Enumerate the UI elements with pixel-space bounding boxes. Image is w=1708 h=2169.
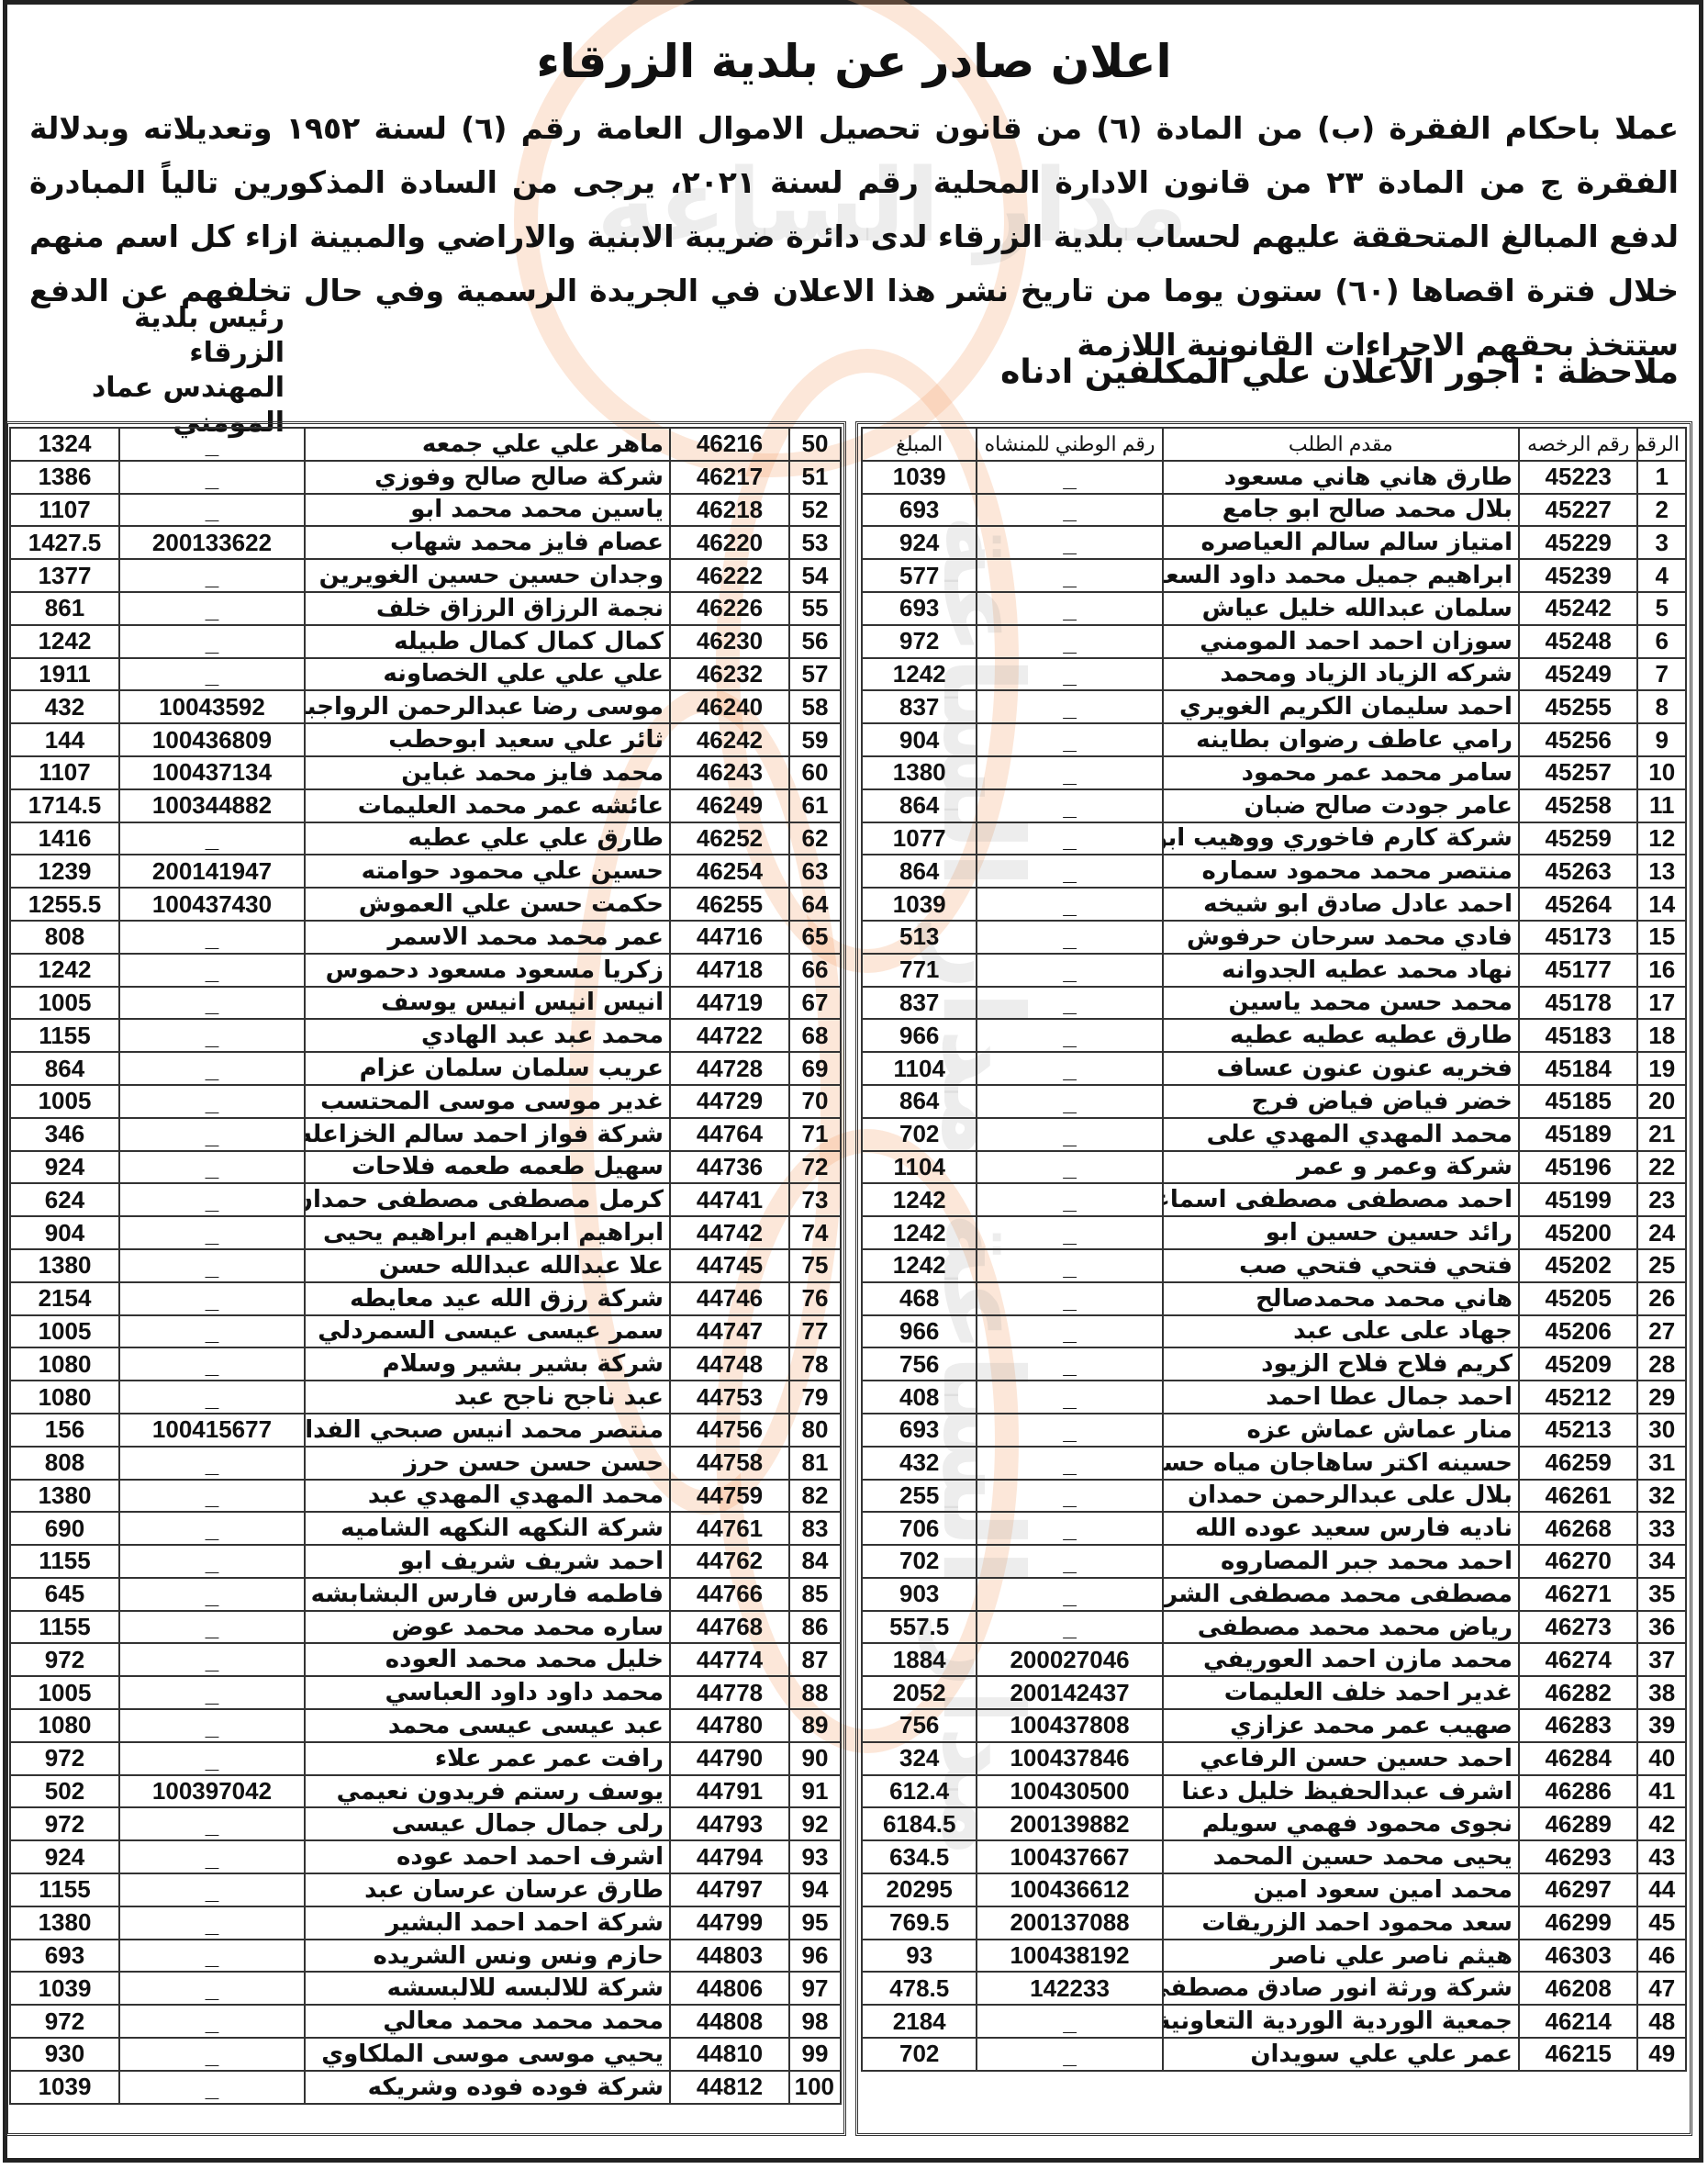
table-row: 6844722محمد عبد عبد الهادي_1155 [10,1019,841,1052]
applicant-name: شركة ورثة انور صادق مصطفى ابو ري [1163,1972,1519,2005]
national-id: _ [119,1019,305,1052]
amount: 1080 [10,1709,119,1742]
amount: 966 [862,1019,977,1052]
license-number: 46255 [670,888,789,921]
amount: 702 [862,1545,977,1578]
applicant-name: يحيي موسى موسى الملكاوي [305,2038,670,2071]
applicant-name: بلال محمد صالح ابو جامع [1163,494,1519,527]
amount: 808 [10,1447,119,1480]
row-number: 46 [1637,1940,1686,1973]
national-id: _ [977,1216,1162,1249]
note-line: ملاحظة : اجور الاعلان علي المكلفين ادناه [1000,353,1679,391]
row-number: 54 [789,559,841,592]
amount: 624 [10,1183,119,1216]
amount: 693 [862,592,977,625]
table-row: 3045213منار عماش عماش عزه_693 [862,1414,1686,1447]
table-row: 6944728عريب سلمان سلمان عزام_864 [10,1052,841,1085]
amount: 972 [10,2005,119,2038]
license-number: 46284 [1519,1742,1637,1775]
national-id: _ [977,494,1162,527]
amount: 864 [10,1052,119,1085]
row-number: 14 [1637,888,1686,921]
amount: 693 [862,1414,977,1447]
table-row: 8344761شركة النكهه النكهه الشاميه_690 [10,1512,841,1545]
amount: 1005 [10,1085,119,1118]
table-row: 945256رامي عاطف رضوان بطاينه_904 [862,723,1686,756]
amount: 432 [10,690,119,723]
national-id: _ [977,1282,1162,1315]
applicant-name: فتحي فتحي فتحي صب [1163,1249,1519,1282]
table-row: 9544799شركة احمد احمد البشير_1380 [10,1906,841,1940]
applicant-name: شركة رزق الله عيد معايطه [305,1282,670,1315]
amount: 903 [862,1578,977,1611]
amount: 756 [862,1347,977,1381]
amount: 1255.5 [10,888,119,921]
license-number: 45242 [1519,592,1637,625]
applicant-name: رامي عاطف رضوان بطاينه [1163,723,1519,756]
license-number: 46289 [1519,1807,1637,1840]
row-number: 77 [789,1315,841,1348]
applicant-name: وجدان حسين حسين الغويرين [305,559,670,592]
amount: 1080 [10,1347,119,1381]
applicant-name: طارق علي علي عطيه [305,822,670,855]
national-id: _ [119,625,305,658]
row-number: 53 [789,526,841,559]
national-id: _ [119,592,305,625]
applicant-name: حسين علي محمود حوامته [305,855,670,888]
amount: 93 [862,1940,977,1973]
applicant-name: رائد حسين حسين ابو [1163,1216,1519,1249]
license-number: 45212 [1519,1381,1637,1414]
national-id: _ [119,2038,305,2071]
amount: 1080 [10,1381,119,1414]
row-number: 86 [789,1611,841,1644]
amount: 808 [10,921,119,954]
national-id: _ [119,1347,305,1381]
applicant-name: طارق عرسان عرسان عبد [305,1873,670,1906]
applicant-name: شركة احمد احمد البشير [305,1906,670,1940]
row-number: 8 [1637,690,1686,723]
table-row: 6046243محمد فايز محمد غباين1004371341107 [10,756,841,789]
row-number: 40 [1637,1742,1686,1775]
table-row: 3346268ناديه فارس سعيد عوده الله_706 [862,1512,1686,1545]
applicant-name: عامر جودت صالح ضبان [1163,789,1519,822]
row-number: 82 [789,1480,841,1513]
row-number: 74 [789,1216,841,1249]
national-id: _ [977,987,1162,1020]
license-number: 44758 [670,1447,789,1480]
national-id: _ [119,987,305,1020]
row-number: 25 [1637,1249,1686,1282]
table-row: 8844778محمد داود داود العباسي_1005 [10,1676,841,1709]
amount: 837 [862,987,977,1020]
license-number: 46282 [1519,1676,1637,1709]
row-number: 47 [1637,1972,1686,2005]
row-number: 57 [789,658,841,691]
table-row: 1045257سامر محمد عمر محمود_1380 [862,756,1686,789]
license-number: 44778 [670,1676,789,1709]
amount: 693 [862,494,977,527]
license-number: 44748 [670,1347,789,1381]
amount: 1884 [862,1643,977,1676]
amount: 1155 [10,1545,119,1578]
applicant-name: يوسف رستم فريدون نعيمي [305,1775,670,1808]
table-row: 9344794اشرف احمد احمد عوده_924 [10,1840,841,1873]
national-id: _ [119,822,305,855]
amount: 1714.5 [10,789,119,822]
table-row: 7444742ابراهيم ابراهيم ابراهيم يحيى_904 [10,1216,841,1249]
national-id: _ [119,1807,305,1840]
amount: 771 [862,954,977,987]
amount: 1911 [10,658,119,691]
row-number: 13 [1637,855,1686,888]
amount: 1377 [10,559,119,592]
table-row: 345229امتياز سالم سالم العياصره_924 [862,526,1686,559]
row-number: 72 [789,1151,841,1184]
applicant-name: احمد جمال عطا احمد [1163,1381,1519,1414]
national-id: _ [977,1512,1162,1545]
row-number: 29 [1637,1381,1686,1414]
amount: 1005 [10,1676,119,1709]
table-row: 7944753عبد ناجح ناجح عبد_1080 [10,1381,841,1414]
table-row: 1645177نهاد محمد عطيه الجدوانه_771 [862,954,1686,987]
national-id: _ [977,822,1162,855]
table-row: 9444797طارق عرسان عرسان عبد_1155 [10,1873,841,1906]
row-number: 30 [1637,1414,1686,1447]
table-row: 7644746شركة رزق الله عيد معايطه_2154 [10,1282,841,1315]
applicant-name: اشرف احمد احمد عوده [305,1840,670,1873]
applicant-name: عصام فايز محمد شهاب [305,526,670,559]
row-number: 5 [1637,592,1686,625]
row-number: 12 [1637,822,1686,855]
table-row: 5646230كمال كمال كمال طبيله_1242 [10,625,841,658]
row-number: 70 [789,1085,841,1118]
amount: 966 [862,1315,977,1348]
amount: 702 [862,1118,977,1151]
national-id: _ [119,494,305,527]
license-number: 44768 [670,1611,789,1644]
license-number: 45263 [1519,855,1637,888]
national-id: 100397042 [119,1775,305,1808]
table-row: 145223طارق هاني هاني مسعود_1039 [862,461,1686,494]
applicant-name: مصطفى محمد مصطفى الشريده [1163,1578,1519,1611]
amount: 693 [10,1940,119,1973]
amount: 1104 [862,1052,977,1085]
license-number: 46273 [1519,1611,1637,1644]
amount: 972 [862,625,977,658]
amount: 1386 [10,461,119,494]
amount: 1104 [862,1151,977,1184]
payers-table-right: الرقم رقم الرخصه مقدم الطلب رقم الوطني ل… [861,427,1687,2072]
license-number: 46283 [1519,1709,1637,1742]
national-id: _ [119,1840,305,1873]
license-number: 45223 [1519,461,1637,494]
table-row: 7744747سمر عيسى عيسى السمردلي_1005 [10,1315,841,1348]
row-number: 71 [789,1118,841,1151]
applicant-name: عبد عيسى عيسى محمد [305,1709,670,1742]
national-id: _ [119,1972,305,2005]
row-number: 28 [1637,1347,1686,1381]
license-number: 44722 [670,1019,789,1052]
applicant-name: احمد سليمان الكريم الغويري [1163,690,1519,723]
license-number: 45248 [1519,625,1637,658]
applicant-name: سلمان عبدالله خليل عياش [1163,592,1519,625]
amount: 1039 [862,888,977,921]
national-id: _ [977,1447,1162,1480]
amount: 1242 [862,658,977,691]
license-number: 46303 [1519,1940,1637,1973]
row-number: 3 [1637,526,1686,559]
header-num: الرقم [1637,428,1686,461]
national-id: 200133622 [119,526,305,559]
table-row: 2645205هاني محمد محمدصالح_468 [862,1282,1686,1315]
applicant-name: حسينه اكتر ساهاجان مياه حسين مول [1163,1447,1519,1480]
applicant-name: شركة صالح صالح وفوزي [305,461,670,494]
license-number: 44756 [670,1414,789,1447]
applicant-name: يحيى محمد حسين المحمد [1163,1840,1519,1873]
national-id: _ [977,625,1162,658]
table-row: 745249شركه الزياد الزياد ومحمد_1242 [862,658,1686,691]
license-number: 44719 [670,987,789,1020]
table-row: 8044756منتصر محمد انيس صبحي الفداوي10041… [10,1414,841,1447]
applicant-name: فخريه عنون عنون عساف [1163,1052,1519,1085]
national-id: _ [977,1414,1162,1447]
table-row: 845255احمد سليمان الكريم الغويري_837 [862,690,1686,723]
applicant-name: غدير احمد خلف العليمات [1163,1676,1519,1709]
table-row: 2845209كريم فلاح فلاح الزيود_756 [862,1347,1686,1381]
applicant-name: شركة وعمر و عمر [1163,1151,1519,1184]
license-number: 44808 [670,2005,789,2038]
national-id: _ [119,1085,305,1118]
row-number: 67 [789,987,841,1020]
national-id: _ [977,592,1162,625]
applicant-name: احمد مصطفى مصطفى اسماعيل [1163,1183,1519,1216]
row-number: 90 [789,1742,841,1775]
applicant-name: حسن حسن حسن حرز [305,1447,670,1480]
row-number: 35 [1637,1578,1686,1611]
license-number: 44729 [670,1085,789,1118]
row-number: 75 [789,1249,841,1282]
row-number: 60 [789,756,841,789]
license-number: 46286 [1519,1775,1637,1808]
table-row: 4546299سعد محمود احمد الزريقات2001370887… [862,1906,1686,1940]
national-id: _ [977,1347,1162,1381]
applicant-name: محمد حسن محمد ياسين [1163,987,1519,1020]
amount: 837 [862,690,977,723]
amount: 864 [862,1085,977,1118]
applicant-name: سهيل طعمه طعمه فلاحات [305,1151,670,1184]
amount: 1039 [10,2071,119,2104]
national-id: _ [977,2005,1162,2038]
row-number: 61 [789,789,841,822]
table-row: 4846214جمعية الوردية الوردية التعاونية_2… [862,2005,1686,2038]
row-number: 91 [789,1775,841,1808]
license-number: 44794 [670,1840,789,1873]
applicant-name: عائشه عمر محمد العليمات [305,789,670,822]
national-id: _ [119,461,305,494]
amount: 513 [862,921,977,954]
table-row: 5846240موسى رضا عبدالرحمن الرواجبه100435… [10,690,841,723]
row-number: 85 [789,1578,841,1611]
row-number: 37 [1637,1643,1686,1676]
amount: 702 [862,2038,977,2071]
national-id: 100415677 [119,1414,305,1447]
row-number: 89 [789,1709,841,1742]
table-row: 3946283صهيب عمر محمد عزازي100437808756 [862,1709,1686,1742]
row-number: 9 [1637,723,1686,756]
license-number: 44803 [670,1940,789,1973]
table-row: 5946242ثائر علي سعيد ابوحطب100436809144 [10,723,841,756]
table-row: 4346293يحيى محمد حسين المحمد100437667634… [862,1840,1686,1873]
national-id: 100437134 [119,756,305,789]
license-number: 46274 [1519,1643,1637,1676]
license-number: 45264 [1519,888,1637,921]
national-id: 200139882 [977,1807,1162,1840]
license-number: 45256 [1519,723,1637,756]
amount: 972 [10,1807,119,1840]
license-number: 45184 [1519,1052,1637,1085]
national-id: _ [977,1085,1162,1118]
national-id: 200137088 [977,1906,1162,1940]
row-number: 55 [789,592,841,625]
applicant-name: منتصر محمد انيس صبحي الفداوي [305,1414,670,1447]
national-id: _ [977,1545,1162,1578]
amount: 502 [10,1775,119,1808]
license-number: 44742 [670,1216,789,1249]
amount: 255 [862,1480,977,1513]
row-number: 76 [789,1282,841,1315]
row-number: 78 [789,1347,841,1381]
row-number: 48 [1637,2005,1686,2038]
applicant-name: سامر محمد عمر محمود [1163,756,1519,789]
table-row: 9644803حازم ونس ونس الشريده_693 [10,1940,841,1973]
row-number: 20 [1637,1085,1686,1118]
national-id: _ [119,2071,305,2104]
license-number: 46293 [1519,1840,1637,1873]
row-number: 21 [1637,1118,1686,1151]
header-amount: المبلغ [862,428,977,461]
license-number: 44810 [670,2038,789,2071]
national-id: _ [977,1052,1162,1085]
applicant-name: ماهر علي علي جمعه [305,428,670,461]
applicant-name: سمر عيسى عيسى السمردلي [305,1315,670,1348]
applicant-name: احمد حسين حسن الرفاعي [1163,1742,1519,1775]
row-number: 36 [1637,1611,1686,1644]
row-number: 1 [1637,461,1686,494]
license-number: 46268 [1519,1512,1637,1545]
amount: 904 [10,1216,119,1249]
national-id: _ [977,1019,1162,1052]
amount: 690 [10,1512,119,1545]
applicant-name: احمد محمد جبر المصاروه [1163,1545,1519,1578]
amount: 1039 [862,461,977,494]
row-number: 11 [1637,789,1686,822]
license-number: 46226 [670,592,789,625]
amount: 924 [862,526,977,559]
amount: 2154 [10,1282,119,1315]
license-number: 46220 [670,526,789,559]
signature-title: رئيس بلدية الزرقاء [37,301,285,371]
amount: 1155 [10,1873,119,1906]
amount: 1380 [862,756,977,789]
national-id: _ [977,1480,1162,1513]
table-row: 1145258عامر جودت صالح ضبان_864 [862,789,1686,822]
national-id: _ [119,1512,305,1545]
national-id: _ [977,1315,1162,1348]
national-id: _ [119,1282,305,1315]
national-id: _ [119,1643,305,1676]
applicant-name: حازم ونس ونس الشريده [305,1940,670,1973]
national-id: _ [119,658,305,691]
applicant-name: احمد عادل صادق ابو شيخه [1163,888,1519,921]
applicant-name: عمر علي علي سويدان [1163,2038,1519,2071]
applicant-name: احمد شريف شريف ابو [305,1545,670,1578]
row-number: 68 [789,1019,841,1052]
row-number: 16 [1637,954,1686,987]
license-number: 46271 [1519,1578,1637,1611]
license-number: 46217 [670,461,789,494]
applicant-name: شركة فواز احمد سالم الخزاعله [305,1118,670,1151]
amount: 864 [862,855,977,888]
amount: 1107 [10,494,119,527]
row-number: 56 [789,625,841,658]
applicant-name: فادي محمد سرحان حرفوش [1163,921,1519,954]
license-number: 46270 [1519,1545,1637,1578]
applicant-name: ساره محمد محمد عوض [305,1611,670,1644]
row-number: 19 [1637,1052,1686,1085]
license-number: 44799 [670,1906,789,1940]
table-row: 7044729غدير موسى موسى المحتسب_1005 [10,1085,841,1118]
applicant-name: محمد المهدي المهدي عبد [305,1480,670,1513]
national-id: _ [977,1578,1162,1611]
amount: 612.4 [862,1775,977,1808]
amount: 1242 [862,1249,977,1282]
table-row: 5046216ماهر علي علي جمعه_1324 [10,428,841,461]
license-number: 45206 [1519,1315,1637,1348]
amount: 924 [10,1840,119,1873]
row-number: 7 [1637,658,1686,691]
table-row: 1445264احمد عادل صادق ابو شيخه_1039 [862,888,1686,921]
amount: 1155 [10,1611,119,1644]
header-national-id: رقم الوطني للمنشاه [977,428,1162,461]
license-number: 44764 [670,1118,789,1151]
license-number: 44728 [670,1052,789,1085]
amount: 769.5 [862,1906,977,1940]
applicant-name: ابراهيم ابراهيم ابراهيم يحيى [305,1216,670,1249]
table-row: 1545173فادي محمد سرحان حرفوش_513 [862,921,1686,954]
row-number: 84 [789,1545,841,1578]
national-id: _ [119,1906,305,1940]
national-id: _ [119,1151,305,1184]
national-id: _ [977,888,1162,921]
license-number: 46240 [670,690,789,723]
amount: 634.5 [862,1840,977,1873]
row-number: 44 [1637,1873,1686,1906]
amount: 1239 [10,855,119,888]
national-id: _ [119,559,305,592]
national-id: _ [977,1381,1162,1414]
applicant-name: عمر محمد محمد الاسمر [305,921,670,954]
table-row: 8544766فاطمه فارس فارس البشابشه_645 [10,1578,841,1611]
amount: 2184 [862,2005,977,2038]
row-number: 99 [789,2038,841,2071]
table-row: 3246261بلال على عبدالرحمن حمدان_255 [862,1480,1686,1513]
applicant-name: اشرف عبدالحفيظ خليل دعنا [1163,1775,1519,1808]
amount: 324 [862,1742,977,1775]
table-row: 6744719انيس انيس انيس يوسف_1005 [10,987,841,1020]
amount: 1039 [10,1972,119,2005]
table-row: 10044812شركة فوده فوده وشريكه_1039 [10,2071,841,2104]
